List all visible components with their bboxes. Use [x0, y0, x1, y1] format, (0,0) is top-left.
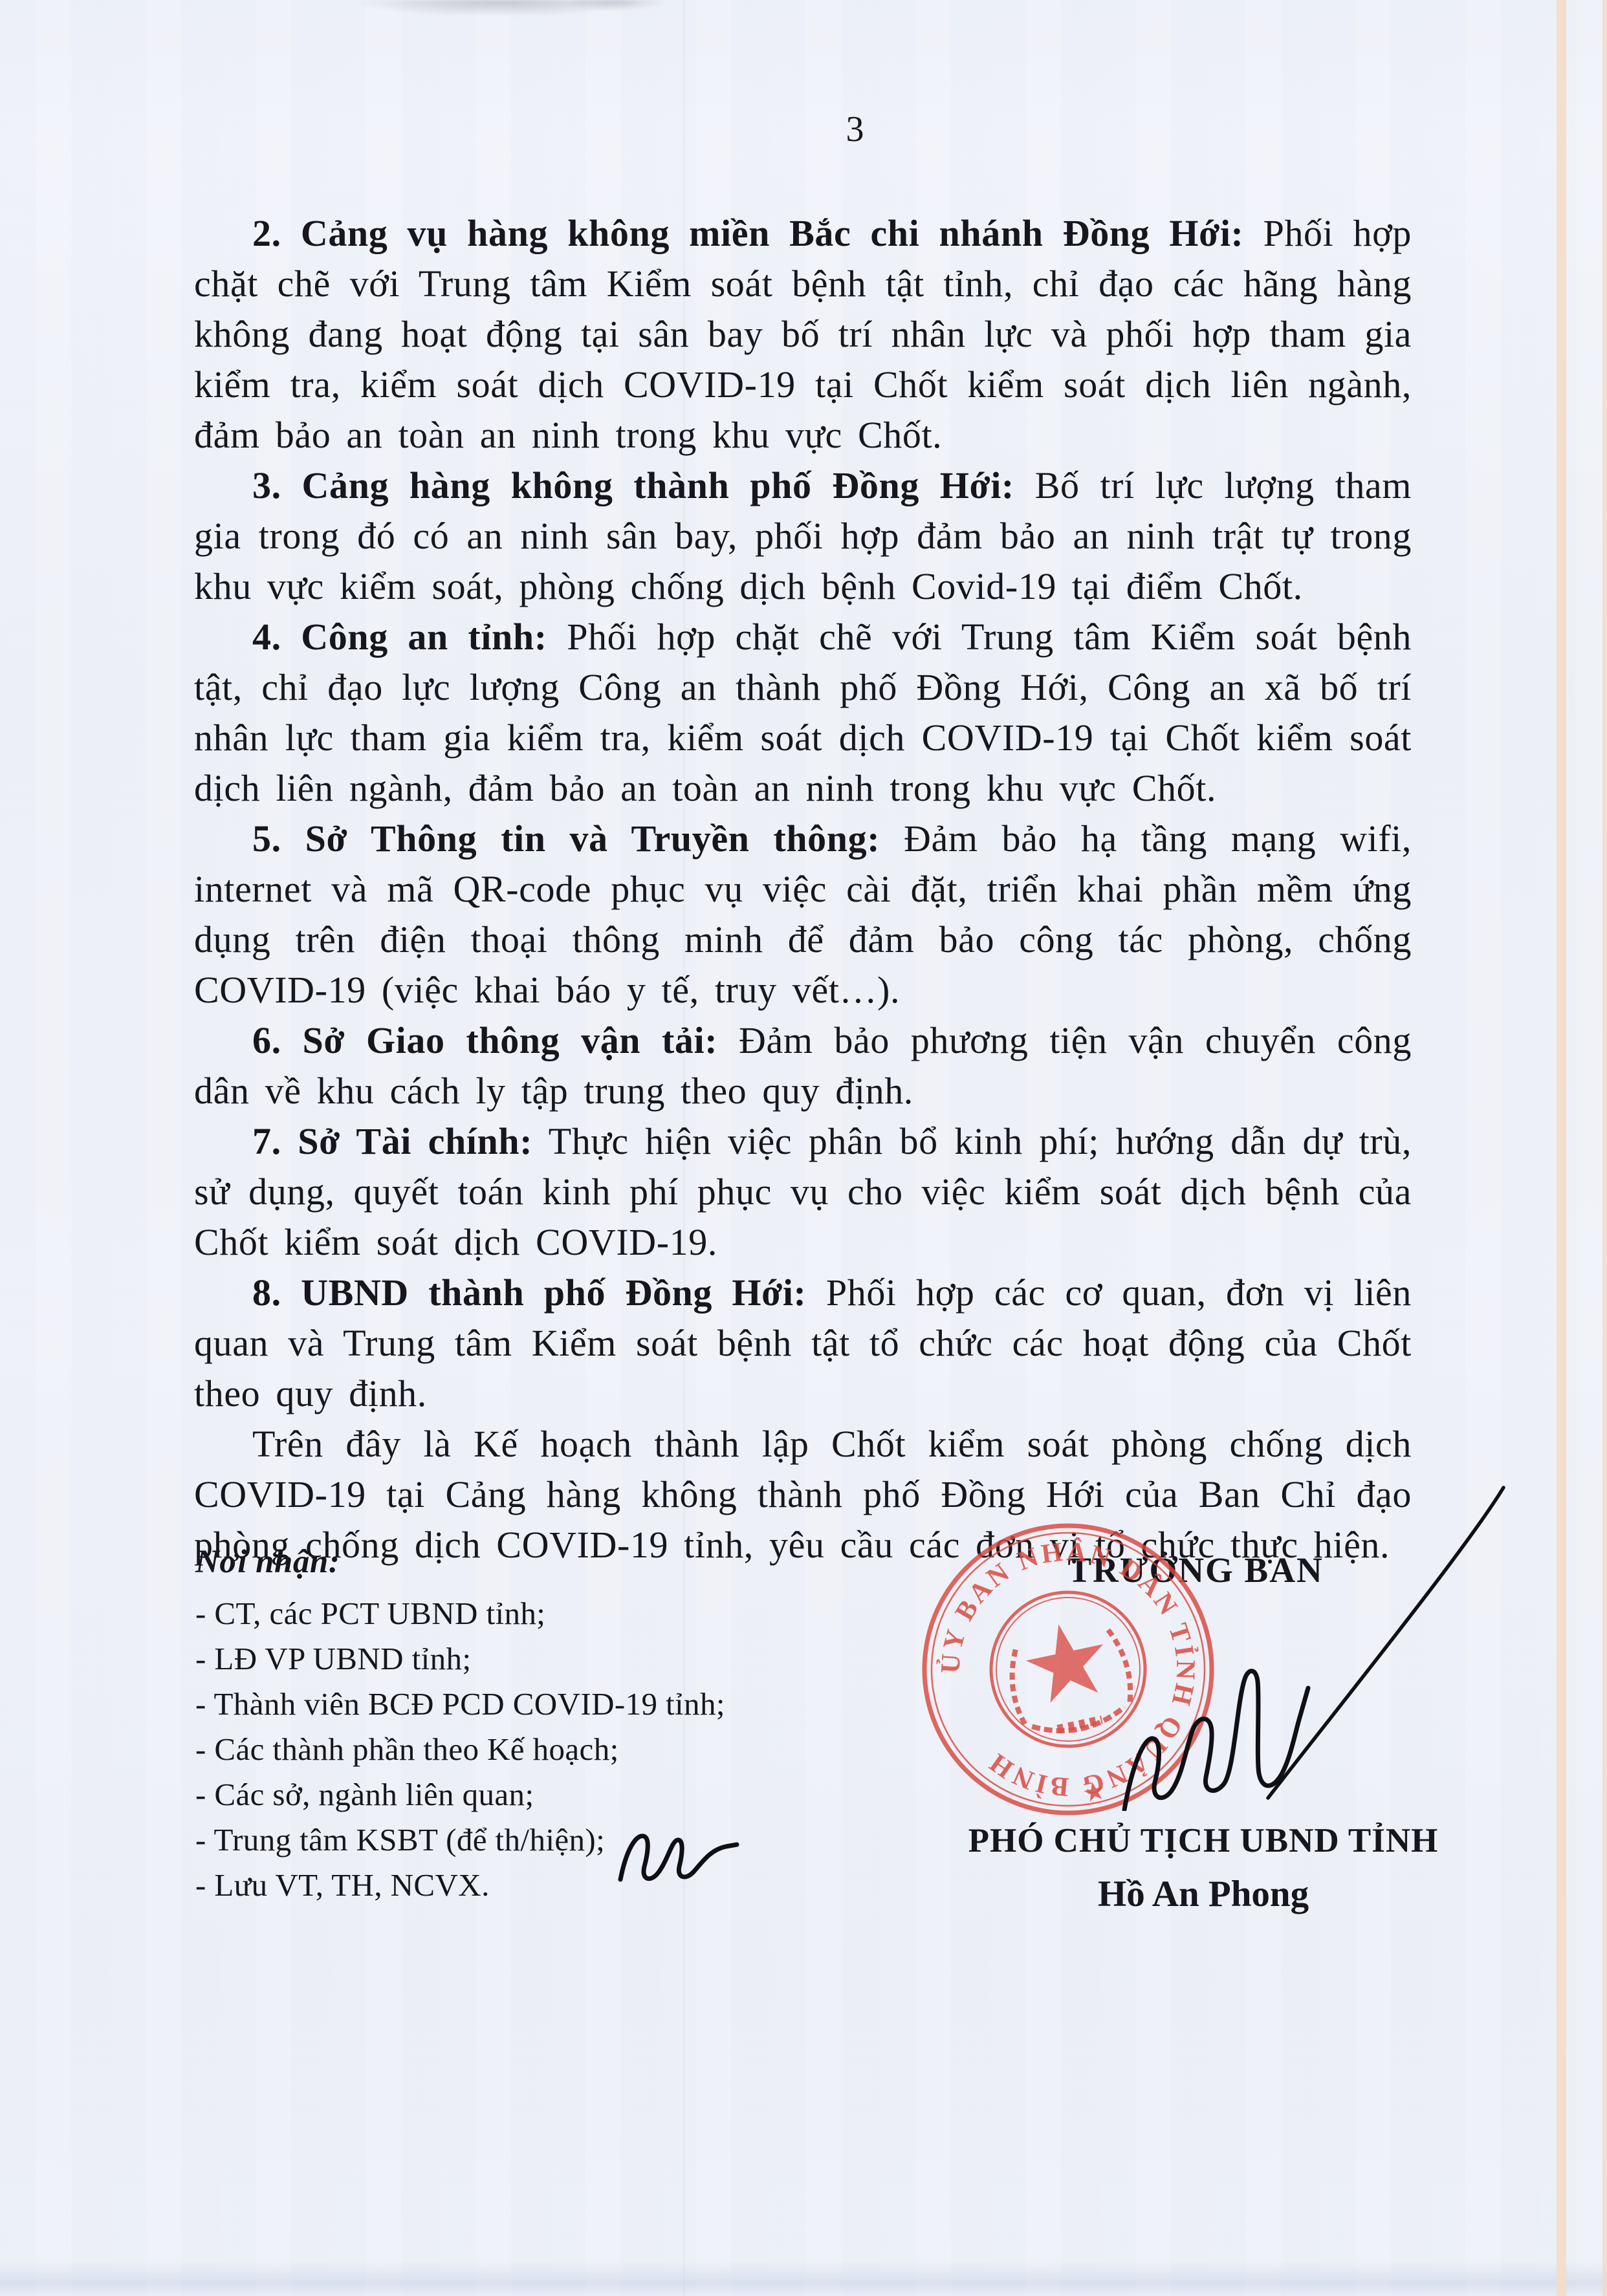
paragraph-lead: 6. Sở Giao thông vận tải:	[252, 1019, 717, 1061]
signer-title: PHÓ CHỦ TỊCH UBND TỈNH	[932, 1821, 1475, 1860]
body-paragraph: 5. Sở Thông tin và Truyền thông: Đảm bảo…	[194, 814, 1412, 1015]
recipient-item: - Các thành phần theo Kế hoạch;	[195, 1727, 875, 1772]
seal-star-icon: ★	[1080, 1775, 1108, 1808]
seal-emblem-star	[1020, 1616, 1113, 1706]
body-paragraph: 7. Sở Tài chính: Thực hiện việc phân bổ …	[194, 1116, 1412, 1268]
scan-bottom-band	[0, 2261, 1607, 2296]
document-page: 3 2. Cảng vụ hàng không miền Bắc chi nhá…	[0, 0, 1607, 2296]
paragraph-lead: 7. Sở Tài chính:	[252, 1120, 532, 1162]
scan-edge-stripe	[1557, 0, 1566, 2296]
recipients-label: Nơi nhận:	[195, 1543, 875, 1581]
recipient-item: - LĐ VP UBND tỉnh;	[195, 1636, 875, 1682]
body-paragraph: 2. Cảng vụ hàng không miền Bắc chi nhánh…	[194, 208, 1412, 460]
body-paragraph: 6. Sở Giao thông vận tải: Đảm bảo phương…	[194, 1015, 1412, 1116]
paragraph-lead: 3. Cảng hàng không thành phố Đồng Hới:	[252, 464, 1014, 506]
signer-name: Hồ An Phong	[932, 1873, 1475, 1915]
recipient-item: - CT, các PCT UBND tỉnh;	[195, 1591, 875, 1636]
recipient-item: - Thành viên BCĐ PCD COVID-19 tỉnh;	[195, 1682, 875, 1727]
body-paragraph: 3. Cảng hàng không thành phố Đồng Hới: B…	[194, 460, 1412, 612]
paragraph-lead: 2. Cảng vụ hàng không miền Bắc chi nhánh…	[252, 212, 1243, 254]
signature-ink-icon	[1113, 1475, 1514, 1811]
recipient-item: - Các sở, ngành liên quan;	[195, 1772, 875, 1817]
recipient-item: - Trung tâm KSBT (để th/hiện);	[195, 1817, 875, 1863]
recipients: Nơi nhận: - CT, các PCT UBND tỉnh; - LĐ …	[195, 1543, 875, 1908]
scan-edge-stripe	[1602, 0, 1607, 2296]
body-paragraph: 4. Công an tỉnh: Phối hợp chặt chẽ với T…	[194, 612, 1412, 814]
paraph-ink-icon	[611, 1815, 744, 1889]
body-paragraph: 8. UBND thành phố Đồng Hới: Phối hợp các…	[194, 1268, 1412, 1419]
scan-smudge	[568, 0, 665, 10]
document-body: 2. Cảng vụ hàng không miền Bắc chi nhánh…	[194, 208, 1412, 1570]
page-number: 3	[0, 109, 1607, 150]
paragraph-lead: 8. UBND thành phố Đồng Hới:	[252, 1272, 806, 1314]
recipients-list: - CT, các PCT UBND tỉnh; - LĐ VP UBND tỉ…	[195, 1591, 875, 1908]
recipient-item: - Lưu VT, TH, NCVX.	[195, 1863, 875, 1908]
scan-smudge	[360, 0, 638, 16]
paragraph-lead: 4. Công an tỉnh:	[252, 616, 547, 658]
paragraph-lead: 5. Sở Thông tin và Truyền thông:	[252, 818, 880, 860]
